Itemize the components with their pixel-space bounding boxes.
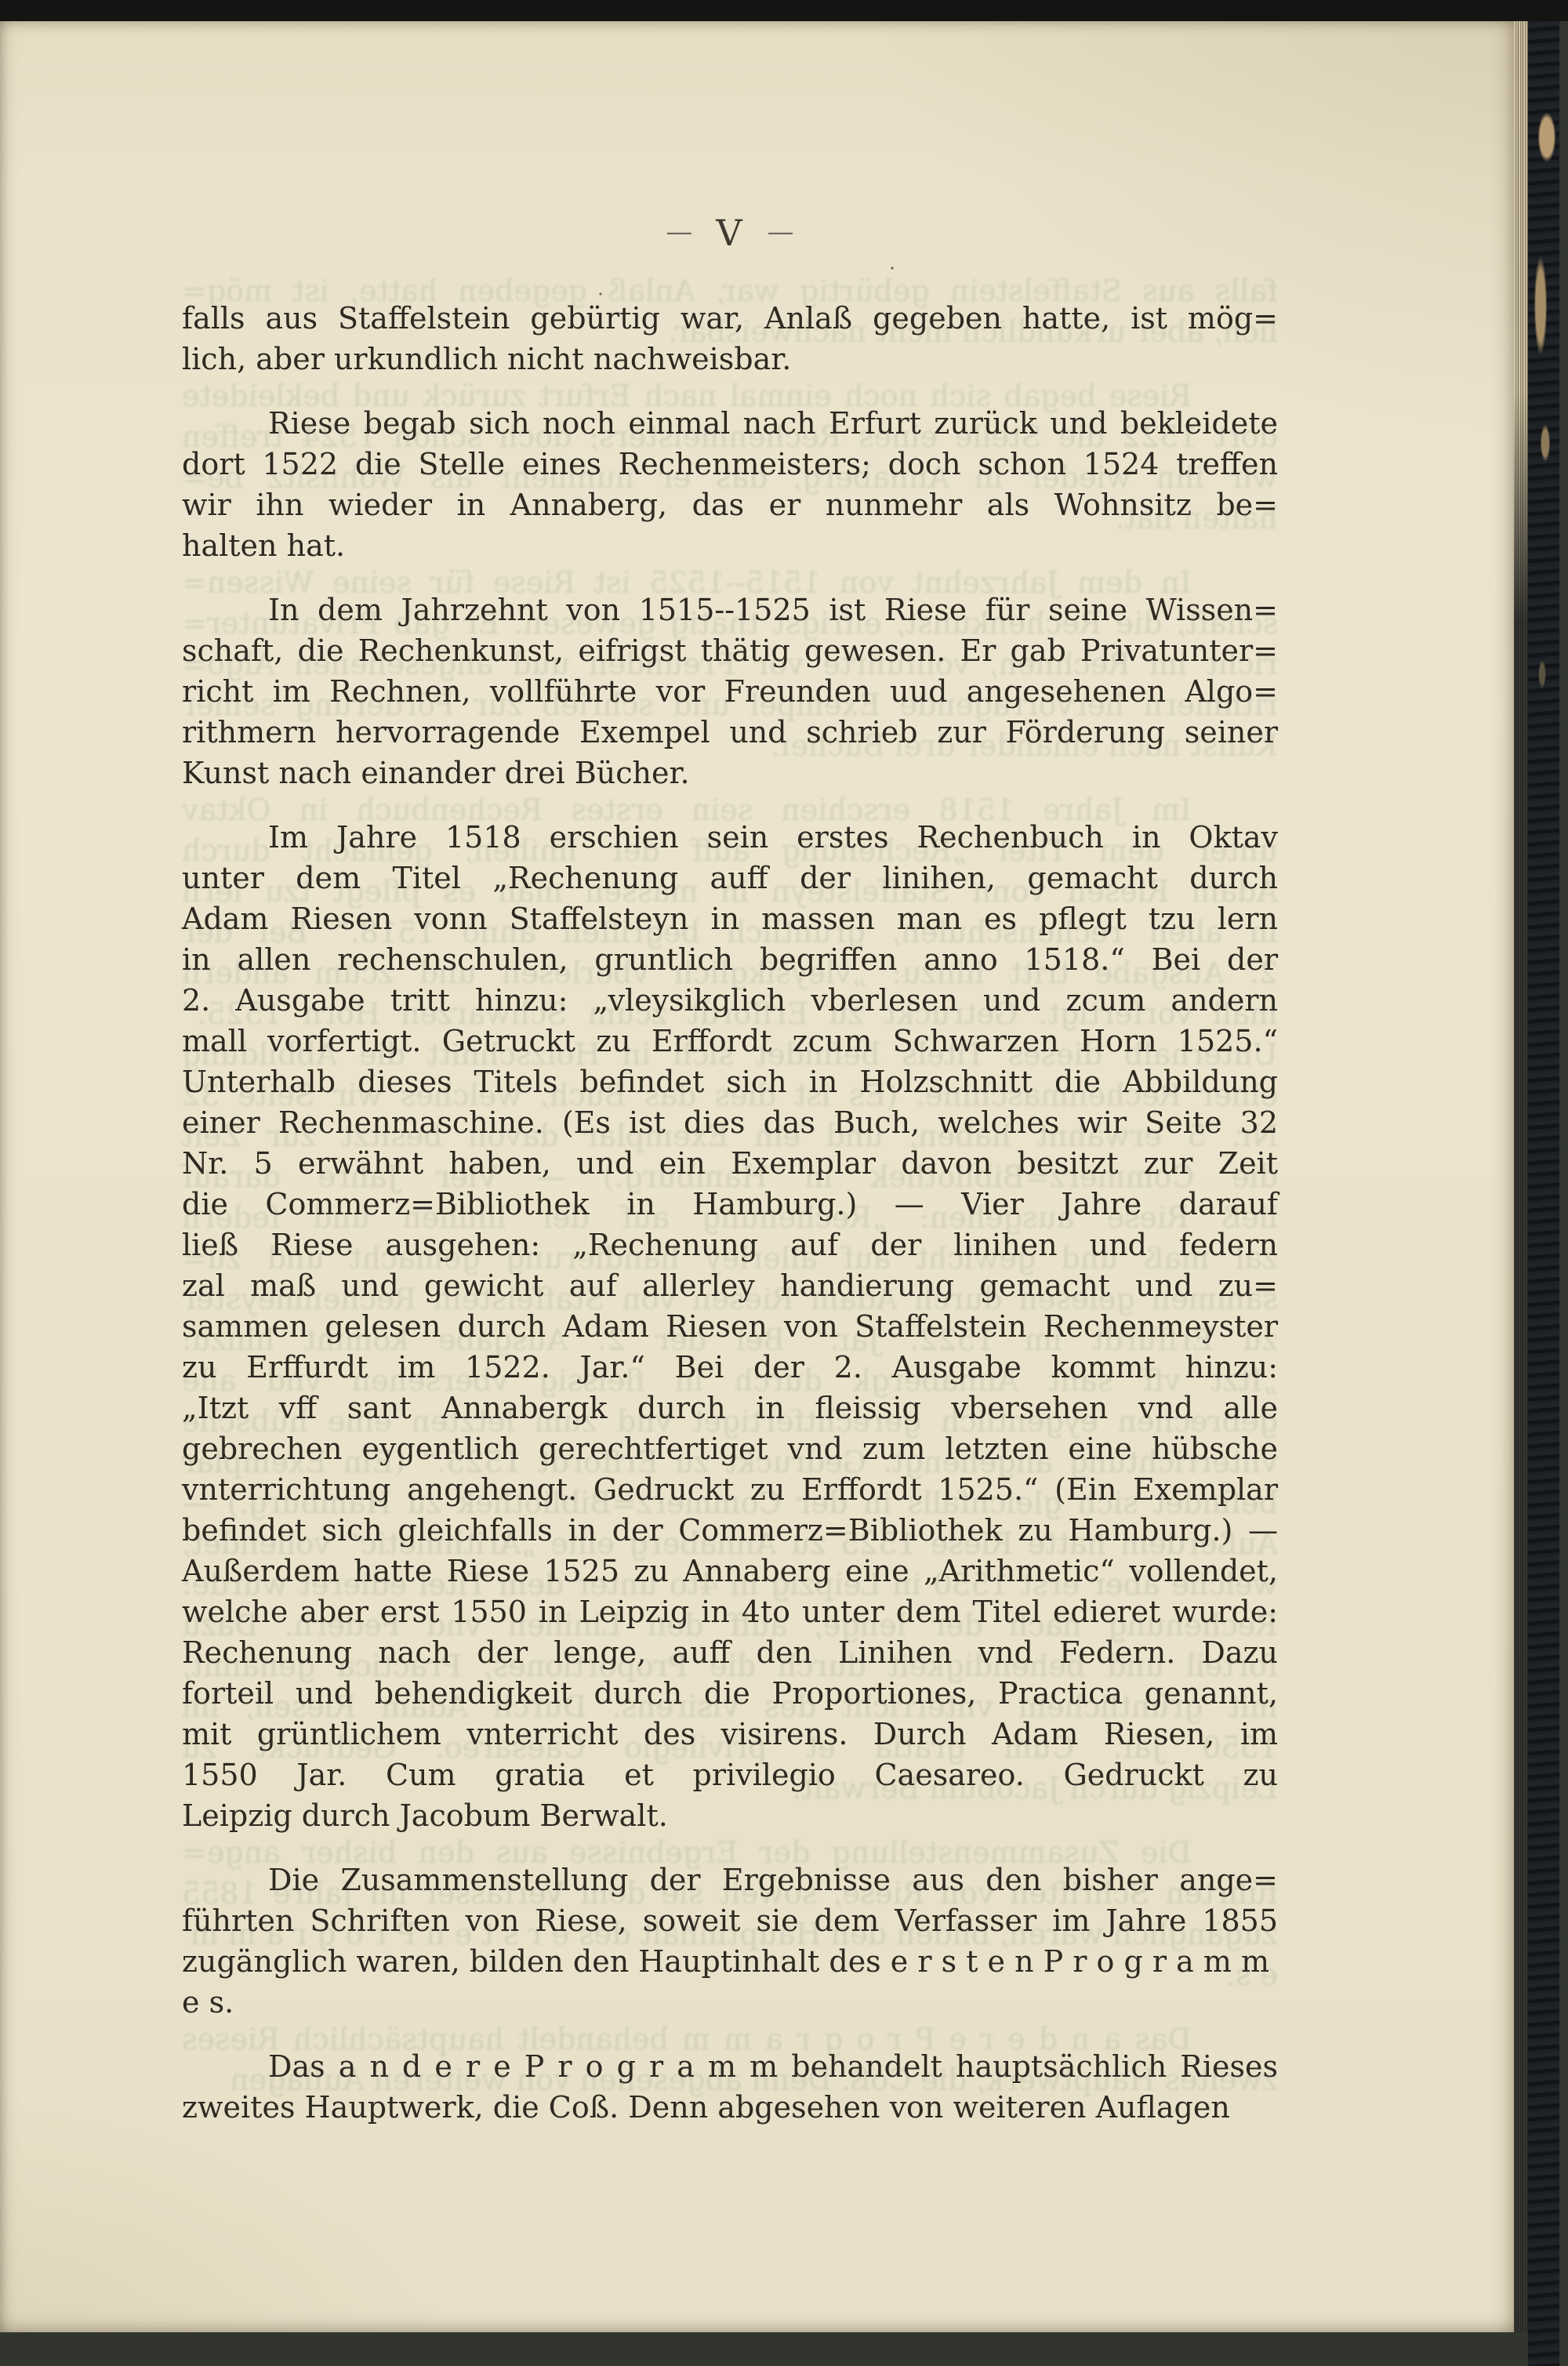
- text-line: Im Jahre 1518 erschien sein erstes Reche…: [182, 817, 1278, 858]
- text-line: die Commerz=Bibliothek in Hamburg.) — Vi…: [182, 1184, 1278, 1225]
- text-block: falls aus Staffelstein gebürtig war, Anl…: [182, 298, 1278, 2128]
- text-line: zu Erffurdt im 1522. Jar.“ Bei der 2. Au…: [182, 1347, 1278, 1388]
- text-line: Leipzig durch Jacobum Berwalt.: [182, 1795, 1278, 1836]
- text-line: falls aus Staffelstein gebürtig war, Anl…: [182, 298, 1278, 339]
- text-line: Nr. 5 erwähnt haben, und ein Exemplar da…: [182, 1143, 1278, 1184]
- text-line: Rechenung nach der lenge, auff den Linih…: [182, 1632, 1278, 1673]
- text-line: forteil und behendigkeit durch die Propo…: [182, 1673, 1278, 1714]
- text-line: Adam Riesen vonn Staffelsteyn in massen …: [182, 898, 1278, 939]
- text-line: führten Schriften von Riese, soweit sie …: [182, 1900, 1278, 1941]
- text-line: mall vorfertigt. Getruckt zu Erffordt zc…: [182, 1021, 1278, 1061]
- text-line: lich, aber urkundlich nicht nachweisbar.: [182, 339, 1278, 379]
- text-line: mit grüntlichem vnterricht des visirens.…: [182, 1714, 1278, 1755]
- text-line: zal maß und gewicht auf allerley handier…: [182, 1265, 1278, 1306]
- text-line: Die Zusammenstellung der Ergebnisse aus …: [182, 1860, 1278, 1900]
- book-page: falls aus Staffelstein gebürtig war, Anl…: [0, 21, 1514, 2332]
- paragraph: Das a n d e r e P r o g r a m m behandel…: [182, 2046, 1278, 2128]
- text-line: 1550 Jar. Cum gratia et privilegio Caesa…: [182, 1755, 1278, 1795]
- text-line: wir ihn wieder in Annaberg, das er nunme…: [182, 484, 1278, 525]
- text-line: zweites Hauptwerk, die Coß. Denn abgeseh…: [182, 2087, 1278, 2128]
- text-line: vnterrichtung angehengt. Gedruckt zu Erf…: [182, 1469, 1278, 1510]
- header-dash-right: —: [768, 216, 794, 248]
- text-line: zugänglich waren, bilden den Hauptinhalt…: [182, 1941, 1278, 2023]
- text-line: ließ Riese ausgehen: „Rechenung auf der …: [182, 1225, 1278, 1265]
- text-line: dort 1522 die Stelle eines Rechenmeister…: [182, 444, 1278, 484]
- text-line: In dem Jahrzehnt von 1515--1525 ist Ries…: [182, 590, 1278, 630]
- text-line: sammen gelesen durch Adam Riesen von Sta…: [182, 1306, 1278, 1347]
- text-line: Das a n d e r e P r o g r a m m behandel…: [182, 2046, 1278, 2087]
- text-line: schaft, die Rechenkunst, eifrigst thätig…: [182, 630, 1278, 671]
- text-line: richt im Rechnen, vollführte vor Freunde…: [182, 671, 1278, 712]
- text-line: befindet sich gleichfalls in der Commerz…: [182, 1510, 1278, 1551]
- page-number: V: [716, 212, 743, 254]
- header-dash-left: —: [666, 216, 692, 248]
- text-line: gebrechen eygentlich gerechtfertiget vnd…: [182, 1428, 1278, 1469]
- book-top-edge: [0, 0, 1568, 21]
- text-line: rithmern hervorragende Exempel und schri…: [182, 712, 1278, 753]
- text-line: Außerdem hatte Riese 1525 zu Annaberg ei…: [182, 1551, 1278, 1591]
- text-line: Kunst nach einander drei Bücher.: [182, 753, 1278, 793]
- paragraph: Im Jahre 1518 erschien sein erstes Reche…: [182, 817, 1278, 1836]
- text-line: Unterhalb dieses Titels befindet sich in…: [182, 1061, 1278, 1102]
- text-line: halten hat.: [182, 525, 1278, 566]
- text-line: „Itzt vff sant Annabergk durch in fleiss…: [182, 1388, 1278, 1428]
- paragraph: Die Zusammenstellung der Ergebnisse aus …: [182, 1860, 1278, 2023]
- text-line: einer Rechenmaschine. (Es ist dies das B…: [182, 1102, 1278, 1143]
- text-line: welche aber erst 1550 in Leipzig in 4to …: [182, 1591, 1278, 1632]
- text-line: in allen rechenschulen, gruntlich begrif…: [182, 939, 1278, 980]
- paragraph: falls aus Staffelstein gebürtig war, Anl…: [182, 298, 1278, 379]
- text-line: unter dem Titel „Rechenung auff der lini…: [182, 858, 1278, 898]
- text-line: Riese begab sich noch einmal nach Erfurt…: [182, 403, 1278, 444]
- page-edge-stack: [1514, 21, 1528, 2332]
- paragraph: Riese begab sich noch einmal nach Erfurt…: [182, 403, 1278, 566]
- paragraph: In dem Jahrzehnt von 1515--1525 ist Ries…: [182, 590, 1278, 793]
- book-cover-edge: [1528, 0, 1559, 2366]
- text-line: 2. Ausgabe tritt hinzu: „vleysikglich vb…: [182, 980, 1278, 1021]
- page-header: —V—: [182, 212, 1278, 254]
